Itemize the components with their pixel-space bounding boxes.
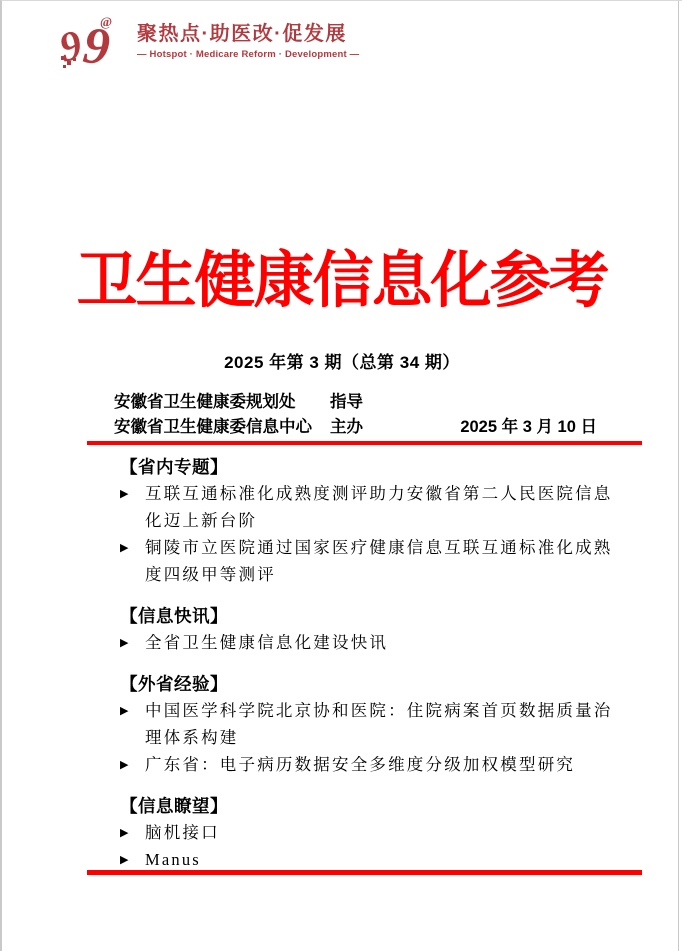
logo-pixel-square <box>63 65 66 68</box>
logo-pixel-square <box>67 61 71 65</box>
divider-rule-top <box>87 441 642 445</box>
bullet-triangle-icon: ▶ <box>120 629 145 656</box>
page-right-edge <box>678 1 679 951</box>
publisher-org: 安徽省卫生健康委规划处 <box>114 390 330 414</box>
divider-rule-bottom <box>87 870 642 875</box>
toc-item: ▶中国医学科学院北京协和医院：住院病案首页数据质量治理体系构建 <box>120 697 634 751</box>
bullet-triangle-icon: ▶ <box>120 751 145 778</box>
toc-section: 【信息快讯】▶全省卫生健康信息化建设快讯 <box>120 603 634 656</box>
publisher-role: 指导 <box>330 390 460 414</box>
toc-section-header: 【外省经验】 <box>120 671 634 697</box>
newsletter-title: 卫生健康信息化参考 <box>2 245 682 318</box>
toc-section: 【信息瞭望】▶脑机接口▶Manus <box>120 793 634 873</box>
toc-section-header: 【省内专题】 <box>120 454 634 480</box>
logo-99-heart-icon: 9 9 @ <box>60 13 128 71</box>
masthead-logo: 9 9 @ 聚热点·助医改·促发展 — Hotspot · Medicare R… <box>60 13 359 71</box>
logo-at-symbol: @ <box>100 14 112 29</box>
toc-item-label: 脑机接口 <box>145 819 220 846</box>
logo-pixel-square <box>73 58 76 61</box>
table-of-contents: 【省内专题】▶互联互通标准化成熟度测评助力安徽省第二人民医院信息化迈上新台阶▶铜… <box>120 454 634 888</box>
toc-item-label: 互联互通标准化成熟度测评助力安徽省第二人民医院信息化迈上新台阶 <box>145 480 629 534</box>
toc-item: ▶互联互通标准化成熟度测评助力安徽省第二人民医院信息化迈上新台阶 <box>120 480 634 534</box>
bullet-triangle-icon: ▶ <box>120 846 145 873</box>
toc-section: 【省内专题】▶互联互通标准化成熟度测评助力安徽省第二人民医院信息化迈上新台阶▶铜… <box>120 454 634 588</box>
toc-item-label: 广东省：电子病历数据安全多维度分级加权模型研究 <box>145 751 575 778</box>
newsletter-cover-page: 9 9 @ 聚热点·助医改·促发展 — Hotspot · Medicare R… <box>0 0 682 951</box>
toc-item: ▶铜陵市立医院通过国家医疗健康信息互联互通标准化成熟度四级甲等测评 <box>120 534 634 588</box>
toc-item-label: 全省卫生健康信息化建设快讯 <box>145 629 388 656</box>
toc-item-label: Manus <box>145 846 201 873</box>
toc-section: 【外省经验】▶中国医学科学院北京协和医院：住院病案首页数据质量治理体系构建▶广东… <box>120 671 634 778</box>
toc-section-header: 【信息快讯】 <box>120 603 634 629</box>
publisher-org: 安徽省卫生健康委信息中心 <box>114 415 330 439</box>
logo-slogan-english: — Hotspot · Medicare Reform · Developmen… <box>137 49 359 60</box>
publish-date: 2025 年 3 月 10 日 <box>460 415 597 439</box>
bullet-triangle-icon: ▶ <box>120 480 145 507</box>
publisher-block: 安徽省卫生健康委规划处 指导 安徽省卫生健康委信息中心 主办 2025 年 3 … <box>114 390 597 439</box>
toc-item-label: 中国医学科学院北京协和医院：住院病案首页数据质量治理体系构建 <box>145 697 629 751</box>
toc-item: ▶脑机接口 <box>120 819 634 846</box>
toc-item: ▶全省卫生健康信息化建设快讯 <box>120 629 634 656</box>
bullet-triangle-icon: ▶ <box>120 697 145 724</box>
logo-pixel-square <box>61 56 65 60</box>
toc-item-label: 铜陵市立医院通过国家医疗健康信息互联互通标准化成熟度四级甲等测评 <box>145 534 629 588</box>
issue-line: 2025 年第 3 期（总第 34 期） <box>2 348 682 373</box>
toc-item: ▶广东省：电子病历数据安全多维度分级加权模型研究 <box>120 751 634 778</box>
toc-section-header: 【信息瞭望】 <box>120 793 634 819</box>
toc-item: ▶Manus <box>120 846 634 873</box>
logo-slogan: 聚热点·助医改·促发展 <box>137 22 359 46</box>
bullet-triangle-icon: ▶ <box>120 534 145 561</box>
bullet-triangle-icon: ▶ <box>120 819 145 846</box>
publisher-role: 主办 <box>330 415 460 439</box>
publish-date <box>460 390 597 414</box>
logo-text-block: 聚热点·助医改·促发展 — Hotspot · Medicare Reform … <box>137 13 359 60</box>
